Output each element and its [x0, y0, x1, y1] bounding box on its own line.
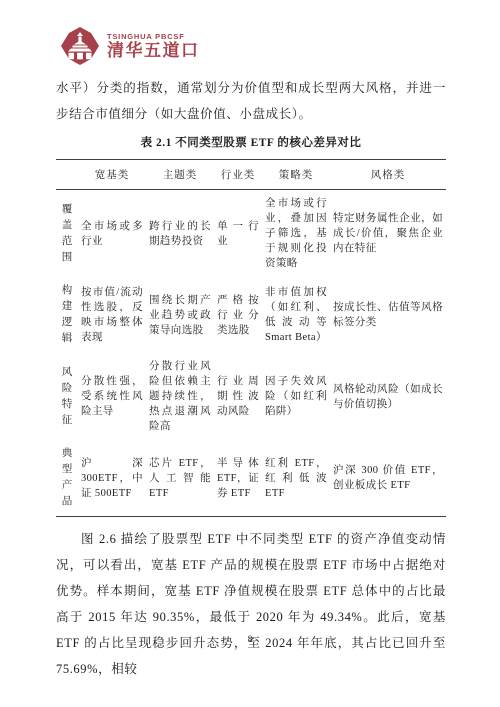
etf-comparison-table: 宽基类 主题类 行业类 策略类 风格类 覆盖范围 全市场或多行业 跨行业的长期趋…: [56, 159, 446, 517]
header-style: 风格类: [330, 160, 446, 190]
cell-risk-strategy: 因子失效风险（如红利陷阱）: [262, 353, 330, 440]
cell-construction-broad: 按市值/流动性选股，反映市场整体表现: [78, 277, 146, 353]
cell-products-thematic: 芯片 ETF，人工智能 ETF: [146, 440, 214, 517]
table-header-row: 宽基类 主题类 行业类 策略类 风格类: [56, 160, 446, 190]
cell-construction-strategy: 非市值加权（如红利、低波动等 Smart Beta）: [262, 277, 330, 353]
cell-coverage-style: 特定财务属性企业，如成长/价值，聚焦企业内在特征: [330, 190, 446, 278]
logo-name-en: TSINGHUA PBCSF: [107, 33, 200, 41]
cell-coverage-thematic: 跨行业的长期趋势投资: [146, 190, 214, 278]
cell-coverage-sector: 单一行业: [214, 190, 262, 278]
table-caption: 表 2.1 不同类型股票 ETF 的核心差异对比: [56, 134, 446, 150]
table-row-products: 典型产品 沪深 300ETF，中证 500ETF 芯片 ETF，人工智能 ETF…: [56, 440, 446, 517]
logo-name-cn: 清华五道口: [107, 42, 200, 60]
cell-products-style: 沪深 300 价值 ETF，创业板成长 ETF: [330, 440, 446, 517]
cell-construction-style: 按成长性、估值等风格标签分类: [330, 277, 446, 353]
row-label-risk: 风险特征: [56, 353, 78, 440]
header-broad-based: 宽基类: [78, 160, 146, 190]
row-label-products: 典型产品: [56, 440, 78, 517]
header-rowlabel-spacer: [56, 160, 78, 190]
cell-risk-style: 风格轮动风险（如成长与价值切换）: [330, 353, 446, 440]
cell-coverage-broad: 全市场或多行业: [78, 190, 146, 278]
cell-risk-broad: 分散性强，受系统性风险主导: [78, 353, 146, 440]
tsinghua-pbcsf-logo: TSINGHUA PBCSF 清华五道口: [60, 26, 446, 66]
tsinghua-emblem-icon: [60, 26, 100, 66]
table-row-construction: 构建逻辑 按市值/流动性选股，反映市场整体表现 围绕长期产业趋势或政策导向选股 …: [56, 277, 446, 353]
cell-products-sector: 半导体 ETF，证券 ETF: [214, 440, 262, 517]
table-row-coverage: 覆盖范围 全市场或多行业 跨行业的长期趋势投资 单一行业 全市场或行业，叠加因子…: [56, 190, 446, 278]
page-number: 8: [0, 635, 500, 645]
header-thematic: 主题类: [146, 160, 214, 190]
row-label-construction: 构建逻辑: [56, 277, 78, 353]
paragraph-bottom: 图 2.6 描绘了股票型 ETF 中不同类型 ETF 的资产净值变动情况，可以看…: [56, 526, 446, 682]
row-label-coverage: 覆盖范围: [56, 190, 78, 278]
cell-construction-sector: 严格按行业分类选股: [214, 277, 262, 353]
cell-risk-thematic: 分散行业风险但依赖主题持续性，热点退潮风险高: [146, 353, 214, 440]
table-row-risk: 风险特征 分散性强，受系统性风险主导 分散行业风险但依赖主题持续性，热点退潮风险…: [56, 353, 446, 440]
cell-products-broad: 沪深 300ETF，中证 500ETF: [78, 440, 146, 517]
cell-risk-sector: 行业周期性波动风险: [214, 353, 262, 440]
header-sector: 行业类: [214, 160, 262, 190]
paragraph-top: 水平）分类的指数，通常划分为价值型和成长型两大风格，并进一步结合市值细分（如大盘…: [56, 75, 446, 127]
document-page: TSINGHUA PBCSF 清华五道口 水平）分类的指数，通常划分为价值型和成…: [0, 0, 500, 707]
cell-construction-thematic: 围绕长期产业趋势或政策导向选股: [146, 277, 214, 353]
header-strategy: 策略类: [262, 160, 330, 190]
cell-products-strategy: 红利 ETF，红利低波 ETF: [262, 440, 330, 517]
logo-text: TSINGHUA PBCSF 清华五道口: [107, 33, 200, 60]
cell-coverage-strategy: 全市场或行业，叠加因子筛选，基于规则化投资策略: [262, 190, 330, 278]
